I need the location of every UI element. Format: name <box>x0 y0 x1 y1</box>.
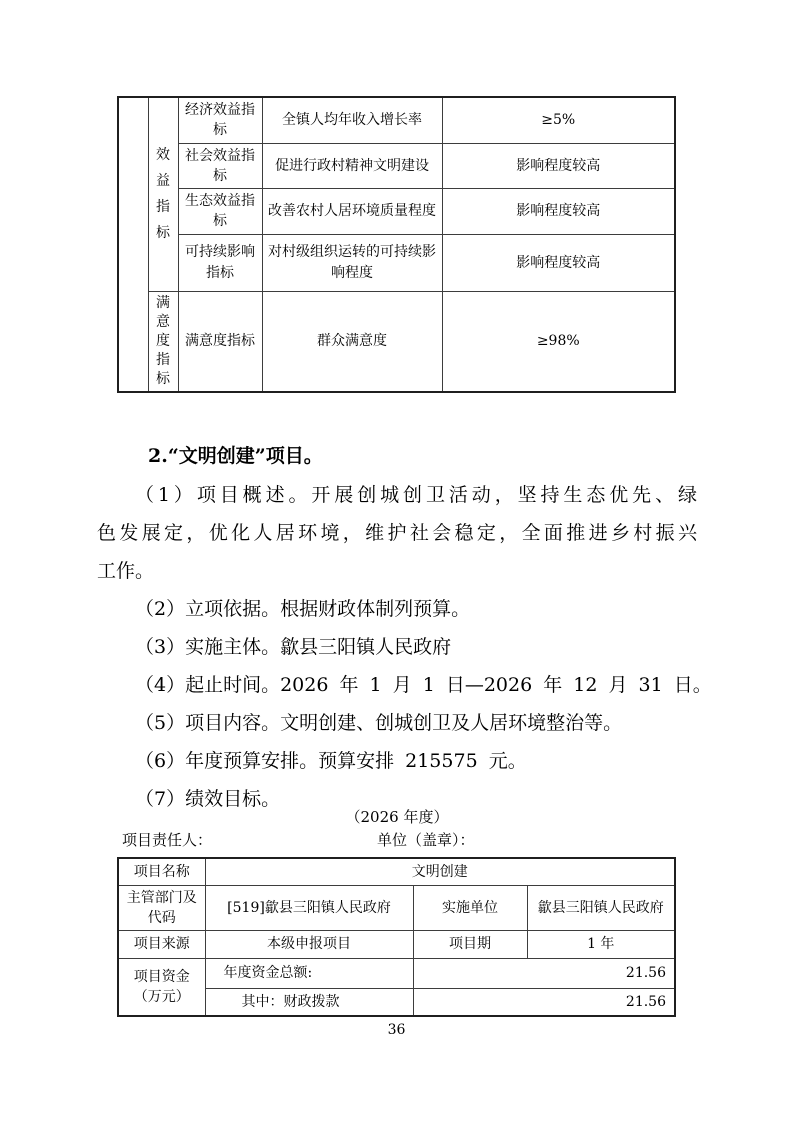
total-fund-value-cell: 21.56 <box>413 959 675 989</box>
economic-indicator-cell: 全镇人均年收入增长率 <box>262 97 442 143</box>
section-heading: 2.“文明创建”项目。 <box>97 437 717 475</box>
project-info-table: 项目名称 文明创建 主管部门及代码 [519]歙县三阳镇人民政府 实施单位 歙县… <box>117 857 676 1017</box>
section-body: （1）项目概述。开展创城创卫活动，坚持生态优先、绿 色发展定，优化人居环境，维护… <box>97 476 697 818</box>
paragraph-2: （2）立项依据。根据财政体制列预算。 <box>97 590 697 628</box>
responsible-person-label: 项目责任人： <box>122 829 212 850</box>
satisfaction-sub-label-cell: 满意度指标 <box>178 291 262 392</box>
ecological-indicator-cell: 改善农村人居环境质量程度 <box>262 189 442 235</box>
sustainability-sub-label-cell: 可持续影响指标 <box>178 234 262 291</box>
fiscal-fund-label-cell: 其中：财政拨款 <box>205 989 413 1016</box>
info-table: 项目名称 文明创建 主管部门及代码 [519]歙县三阳镇人民政府 实施单位 歙县… <box>117 857 676 1017</box>
period-label-cell: 项目期 <box>413 931 527 959</box>
year-note: （2026 年度） <box>97 806 697 827</box>
sustainability-indicator-cell: 对村级组织运转的可持续影响程度 <box>262 234 442 291</box>
paragraph-6: （6）年度预算安排。预算安排 215575 元。 <box>97 742 697 780</box>
total-fund-label-cell: 年度资金总额: <box>205 959 413 989</box>
social-target-cell: 影响程度较高 <box>442 143 675 189</box>
paragraph-1-line-1: （1）项目概述。开展创城创卫活动，坚持生态优先、绿 <box>97 476 697 514</box>
paragraph-1-line-2: 色发展定，优化人居环境，维护社会稳定，全面推进乡村振兴 <box>97 514 697 552</box>
project-name-value-cell: 文明创建 <box>205 858 675 885</box>
ecological-target-cell: 影响程度较高 <box>442 189 675 235</box>
satisfaction-indicator-cell: 群众满意度 <box>262 291 442 392</box>
satisfaction-target-cell: ≥98% <box>442 291 675 392</box>
economic-target-cell: ≥5% <box>442 97 675 143</box>
paragraph-5: （5）项目内容。文明创建、创城创卫及人居环境整治等。 <box>97 704 697 742</box>
paragraph-4: （4）起止时间。2026 年 1 月 1 日—2026 年 12 月 31 日。 <box>97 666 697 704</box>
paragraph-3: （3）实施主体。歙县三阳镇人民政府 <box>97 628 697 666</box>
unit-seal-label: 单位（盖章）： <box>377 829 475 850</box>
fiscal-fund-value-cell: 21.56 <box>413 989 675 1016</box>
sustainability-target-cell: 影响程度较高 <box>442 234 675 291</box>
performance-indicators-table: 效益指标 经济效益指标 全镇人均年收入增长率 ≥5% 社会效益指标 促进行政村精… <box>117 96 676 393</box>
group-benefit-cell: 效益指标 <box>148 97 178 291</box>
impl-unit-value-cell: 歙县三阳镇人民政府 <box>527 885 675 931</box>
social-sub-label-cell: 社会效益指标 <box>178 143 262 189</box>
project-name-label-cell: 项目名称 <box>118 858 205 885</box>
performance-table: 效益指标 经济效益指标 全镇人均年收入增长率 ≥5% 社会效益指标 促进行政村精… <box>117 96 676 393</box>
economic-sub-label-cell: 经济效益指标 <box>178 97 262 143</box>
dept-label-cell: 主管部门及代码 <box>118 885 205 931</box>
signature-line: 项目责任人： 单位（盖章）： <box>0 829 793 851</box>
group-satisfaction-cell: 满意度指标 <box>148 291 178 392</box>
paragraph-1-line-3: 工作。 <box>97 552 697 590</box>
fund-label-cell: 项目资金（万元） <box>118 959 205 1016</box>
left-spacer-cell <box>118 97 148 392</box>
source-label-cell: 项目来源 <box>118 931 205 959</box>
document-page: 效益指标 经济效益指标 全镇人均年收入增长率 ≥5% 社会效益指标 促进行政村精… <box>0 0 793 1122</box>
ecological-sub-label-cell: 生态效益指标 <box>178 189 262 235</box>
social-indicator-cell: 促进行政村精神文明建设 <box>262 143 442 189</box>
source-value-cell: 本级申报项目 <box>205 931 413 959</box>
impl-unit-label-cell: 实施单位 <box>413 885 527 931</box>
period-value-cell: 1 年 <box>527 931 675 959</box>
dept-value-cell: [519]歙县三阳镇人民政府 <box>205 885 413 931</box>
page-number: 36 <box>0 1022 793 1038</box>
